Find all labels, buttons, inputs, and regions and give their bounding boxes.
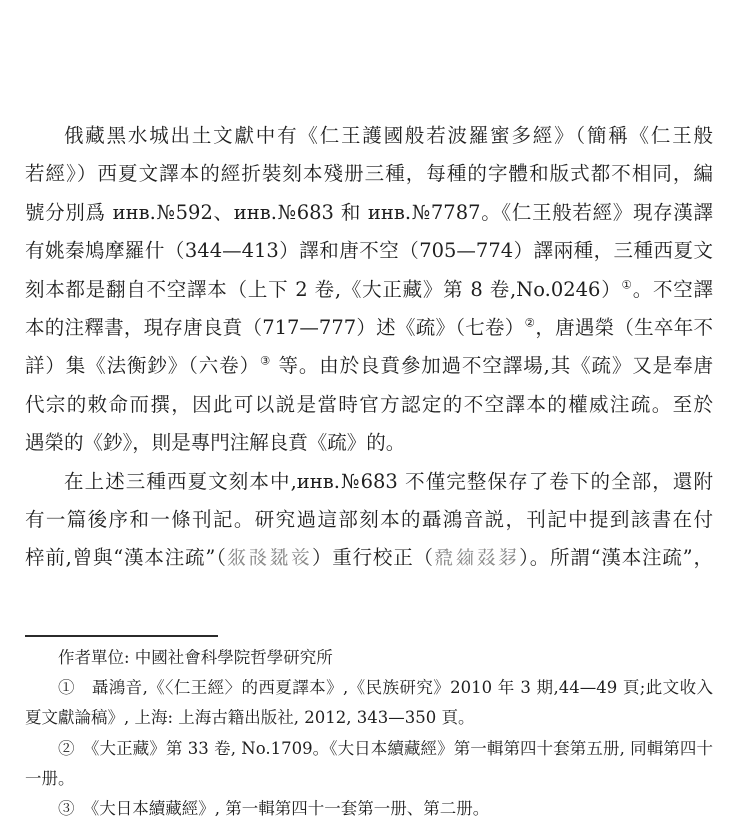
tangut-text: 𗼇𗰗𘐏𘝞 [227,546,312,569]
text-line: 作者單位: 中國社會科學院哲學研究所 [25,643,713,673]
text-run: 俄藏黑水城出土文獻中有《仁王護國般若波羅蜜多經》（簡稱《仁王般 [64,124,713,147]
text-line: 夏文獻論稿》, 上海: 上海古籍出版社, 2012, 343—350 頁。 [25,703,713,733]
text-run: ，唐遇榮（生卒年不 [535,316,713,339]
footnotes: 作者單位: 中國社會科學院哲學研究所① 聶鴻音,《〈仁王經〉的西夏譯本》,《民族… [25,643,713,824]
text-line: ① 聶鴻音,《〈仁王經〉的西夏譯本》,《民族研究》2010 年 3 期,44—4… [25,673,713,703]
text-line: 號分別爲 инв.№592、инв.№683 和 инв.№7787。《仁王般若… [25,194,713,232]
text-run: 有姚秦鳩摩羅什（344—413）譯和唐不空（705—774）譯兩種，三種西夏文 [25,239,713,262]
text-run: 有一篇後序和一條刊記。研究過這部刻本的聶鴻音説，刊記中提到該書在付 [25,508,713,531]
text-line: 若經》）西夏文譯本的經折裝刻本殘册三種，每種的字體和版式都不相同，編 [25,155,713,193]
text-run: 若經》）西夏文譯本的經折裝刻本殘册三種，每種的字體和版式都不相同，編 [25,162,713,185]
text-run: 等。由於良賁參加過不空譯場,其《疏》又是奉唐 [271,354,713,377]
text-run: ② 《大正藏》第 33 卷, No.1709。《大日本續藏經》第一輯第四十套第五… [25,739,713,764]
text-line: 梓前,曾與“漢本注疏”（𗼇𗰗𘐏𘝞）重行校正（𘟣𗦻𘄴𘎪）。所謂“漢本注疏”， [25,539,713,577]
footnote-marker-3: ③ [260,354,271,368]
text-line: 本的注釋書，現存唐良賁（717—777）述《疏》（七卷）②，唐遇榮（生卒年不 [25,309,713,347]
text-run: 詳）集《法衡鈔》（六卷） [25,354,260,377]
text-run: 一册。 [25,769,75,788]
text-line: 一册。 [25,764,713,794]
text-run: ）重行校正（ [312,546,434,569]
text-run: 刻本都是翻自不空譯本（上下 2 卷,《大正藏》第 8 卷,No.0246） [25,278,621,301]
text-line: ③ 《大日本續藏經》, 第一輯第四十一套第一册、第二册。 [25,794,713,824]
body-text: 俄藏黑水城出土文獻中有《仁王護國般若波羅蜜多經》（簡稱《仁王般若經》）西夏文譯本… [25,117,713,578]
text-line: 俄藏黑水城出土文獻中有《仁王護國般若波羅蜜多經》（簡稱《仁王般 [25,117,713,155]
text-line: 有一篇後序和一條刊記。研究過這部刻本的聶鴻音説，刊記中提到該書在付 [25,501,713,539]
text-line: 有姚秦鳩摩羅什（344—413）譯和唐不空（705—774）譯兩種，三種西夏文 [25,232,713,270]
footnote-marker-2: ② [525,315,536,329]
text-run: 梓前,曾與“漢本注疏”（ [25,546,227,569]
text-run: 代宗的敕命而撰，因此可以説是當時官方認定的不空譯本的權威注疏。至於 [25,393,713,416]
footnote-marker-1: ① [621,277,632,291]
text-run: ① 聶鴻音,《〈仁王經〉的西夏譯本》,《民族研究》2010 年 3 期,44—4… [25,678,713,703]
text-line: 遇榮的《鈔》，則是專門注解良賁《疏》的。 [25,424,713,462]
tangut-text: 𘟣𗦻𘄴𘎪 [434,546,519,569]
text-run: 遇榮的《鈔》，則是專門注解良賁《疏》的。 [25,431,405,454]
text-line: 代宗的敕命而撰，因此可以説是當時官方認定的不空譯本的權威注疏。至於 [25,386,713,424]
footnote-separator [25,635,218,637]
text-line: ② 《大正藏》第 33 卷, No.1709。《大日本續藏經》第一輯第四十套第五… [25,734,713,764]
text-run: ）。所謂“漢本注疏”， [519,546,713,569]
text-run: ③ 《大日本續藏經》, 第一輯第四十一套第一册、第二册。 [58,799,489,818]
text-run: 本的注釋書，現存唐良賁（717—777）述《疏》（七卷） [25,316,525,339]
text-run: 。不空譯 [633,278,713,301]
text-run: 作者單位: 中國社會科學院哲學研究所 [58,648,333,667]
text-run: 在上述三種西夏文刻本中,инв.№683 不僅完整保存了卷下的全部，還附 [64,470,713,493]
text-run: 夏文獻論稿》, 上海: 上海古籍出版社, 2012, 343—350 頁。 [25,708,475,727]
text-run: 號分別爲 инв.№592、инв.№683 和 инв.№7787。《仁王般若… [25,201,713,232]
text-line: 刻本都是翻自不空譯本（上下 2 卷,《大正藏》第 8 卷,No.0246）①。不… [25,271,713,309]
text-line: 詳）集《法衡鈔》（六卷）③ 等。由於良賁參加過不空譯場,其《疏》又是奉唐 [25,347,713,385]
text-line: 在上述三種西夏文刻本中,инв.№683 不僅完整保存了卷下的全部，還附 [25,463,713,501]
article-page: 俄藏黑水城出土文獻中有《仁王護國般若波羅蜜多經》（簡稱《仁王般若經》）西夏文譯本… [0,0,754,826]
